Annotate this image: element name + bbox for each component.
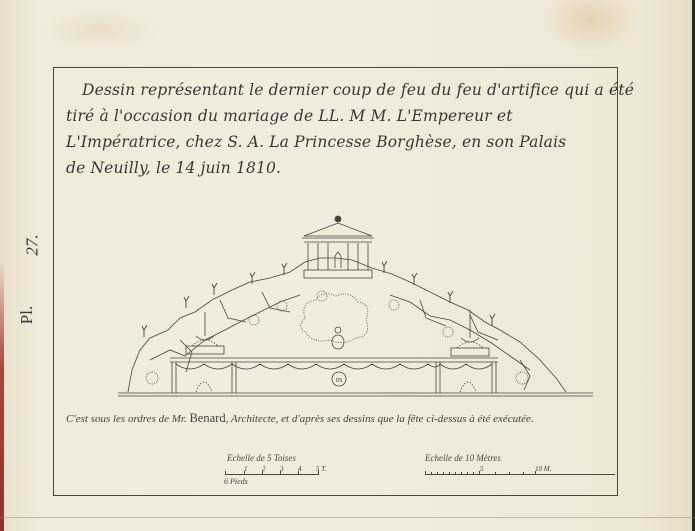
scale-metres-label: Echelle de 10 Mètres xyxy=(425,453,501,463)
scale-metres: Echelle de 10 Mètres 5 10 M. xyxy=(425,453,615,483)
temple xyxy=(302,216,374,278)
title-line: de Neuilly, le 14 juin 1810. xyxy=(66,155,614,181)
scale-tick-label: 5 xyxy=(480,465,484,473)
monogram-text: IN xyxy=(336,378,343,384)
foliage xyxy=(146,291,528,384)
scale-bar xyxy=(225,474,319,475)
scale-sublabel: 6 Pieds xyxy=(224,477,248,486)
credit-line: C'est sous les ordres de Mr. Benard, Arc… xyxy=(66,411,626,426)
fireworks-illustration: IN xyxy=(100,205,600,405)
right-fountain xyxy=(451,310,489,356)
title-line: Dessin représentant le dernier coup de f… xyxy=(66,77,614,103)
architect-name: Benard xyxy=(189,411,225,425)
garlands xyxy=(176,364,492,369)
balustrade xyxy=(170,358,498,393)
scale-tick-label: 10 M. xyxy=(535,465,551,473)
credit-before: C'est sous les ordres de Mr. xyxy=(66,413,187,425)
title-line: L'Impératrice, chez S. A. La Princesse B… xyxy=(66,129,614,155)
credit-after: , Architecte, et d'après ses dessins que… xyxy=(226,413,534,425)
scale-bar xyxy=(425,474,615,475)
scale-toises: Echelle de 5 Toises 1 2 3 4 5 T. 6 Pieds xyxy=(222,453,362,483)
plate-number: 27. xyxy=(23,234,43,255)
title-caption: Dessin représentant le dernier coup de f… xyxy=(66,77,614,181)
title-line: tiré à l'occasion du mariage de LL. M M.… xyxy=(66,103,614,129)
smoke-cloud xyxy=(301,294,368,343)
paper-fold xyxy=(0,517,695,518)
binding-edge xyxy=(0,260,4,531)
figures xyxy=(142,261,495,337)
scale-toises-label: Echelle de 5 Toises xyxy=(227,453,296,463)
plate-prefix: Pl. xyxy=(17,306,37,324)
